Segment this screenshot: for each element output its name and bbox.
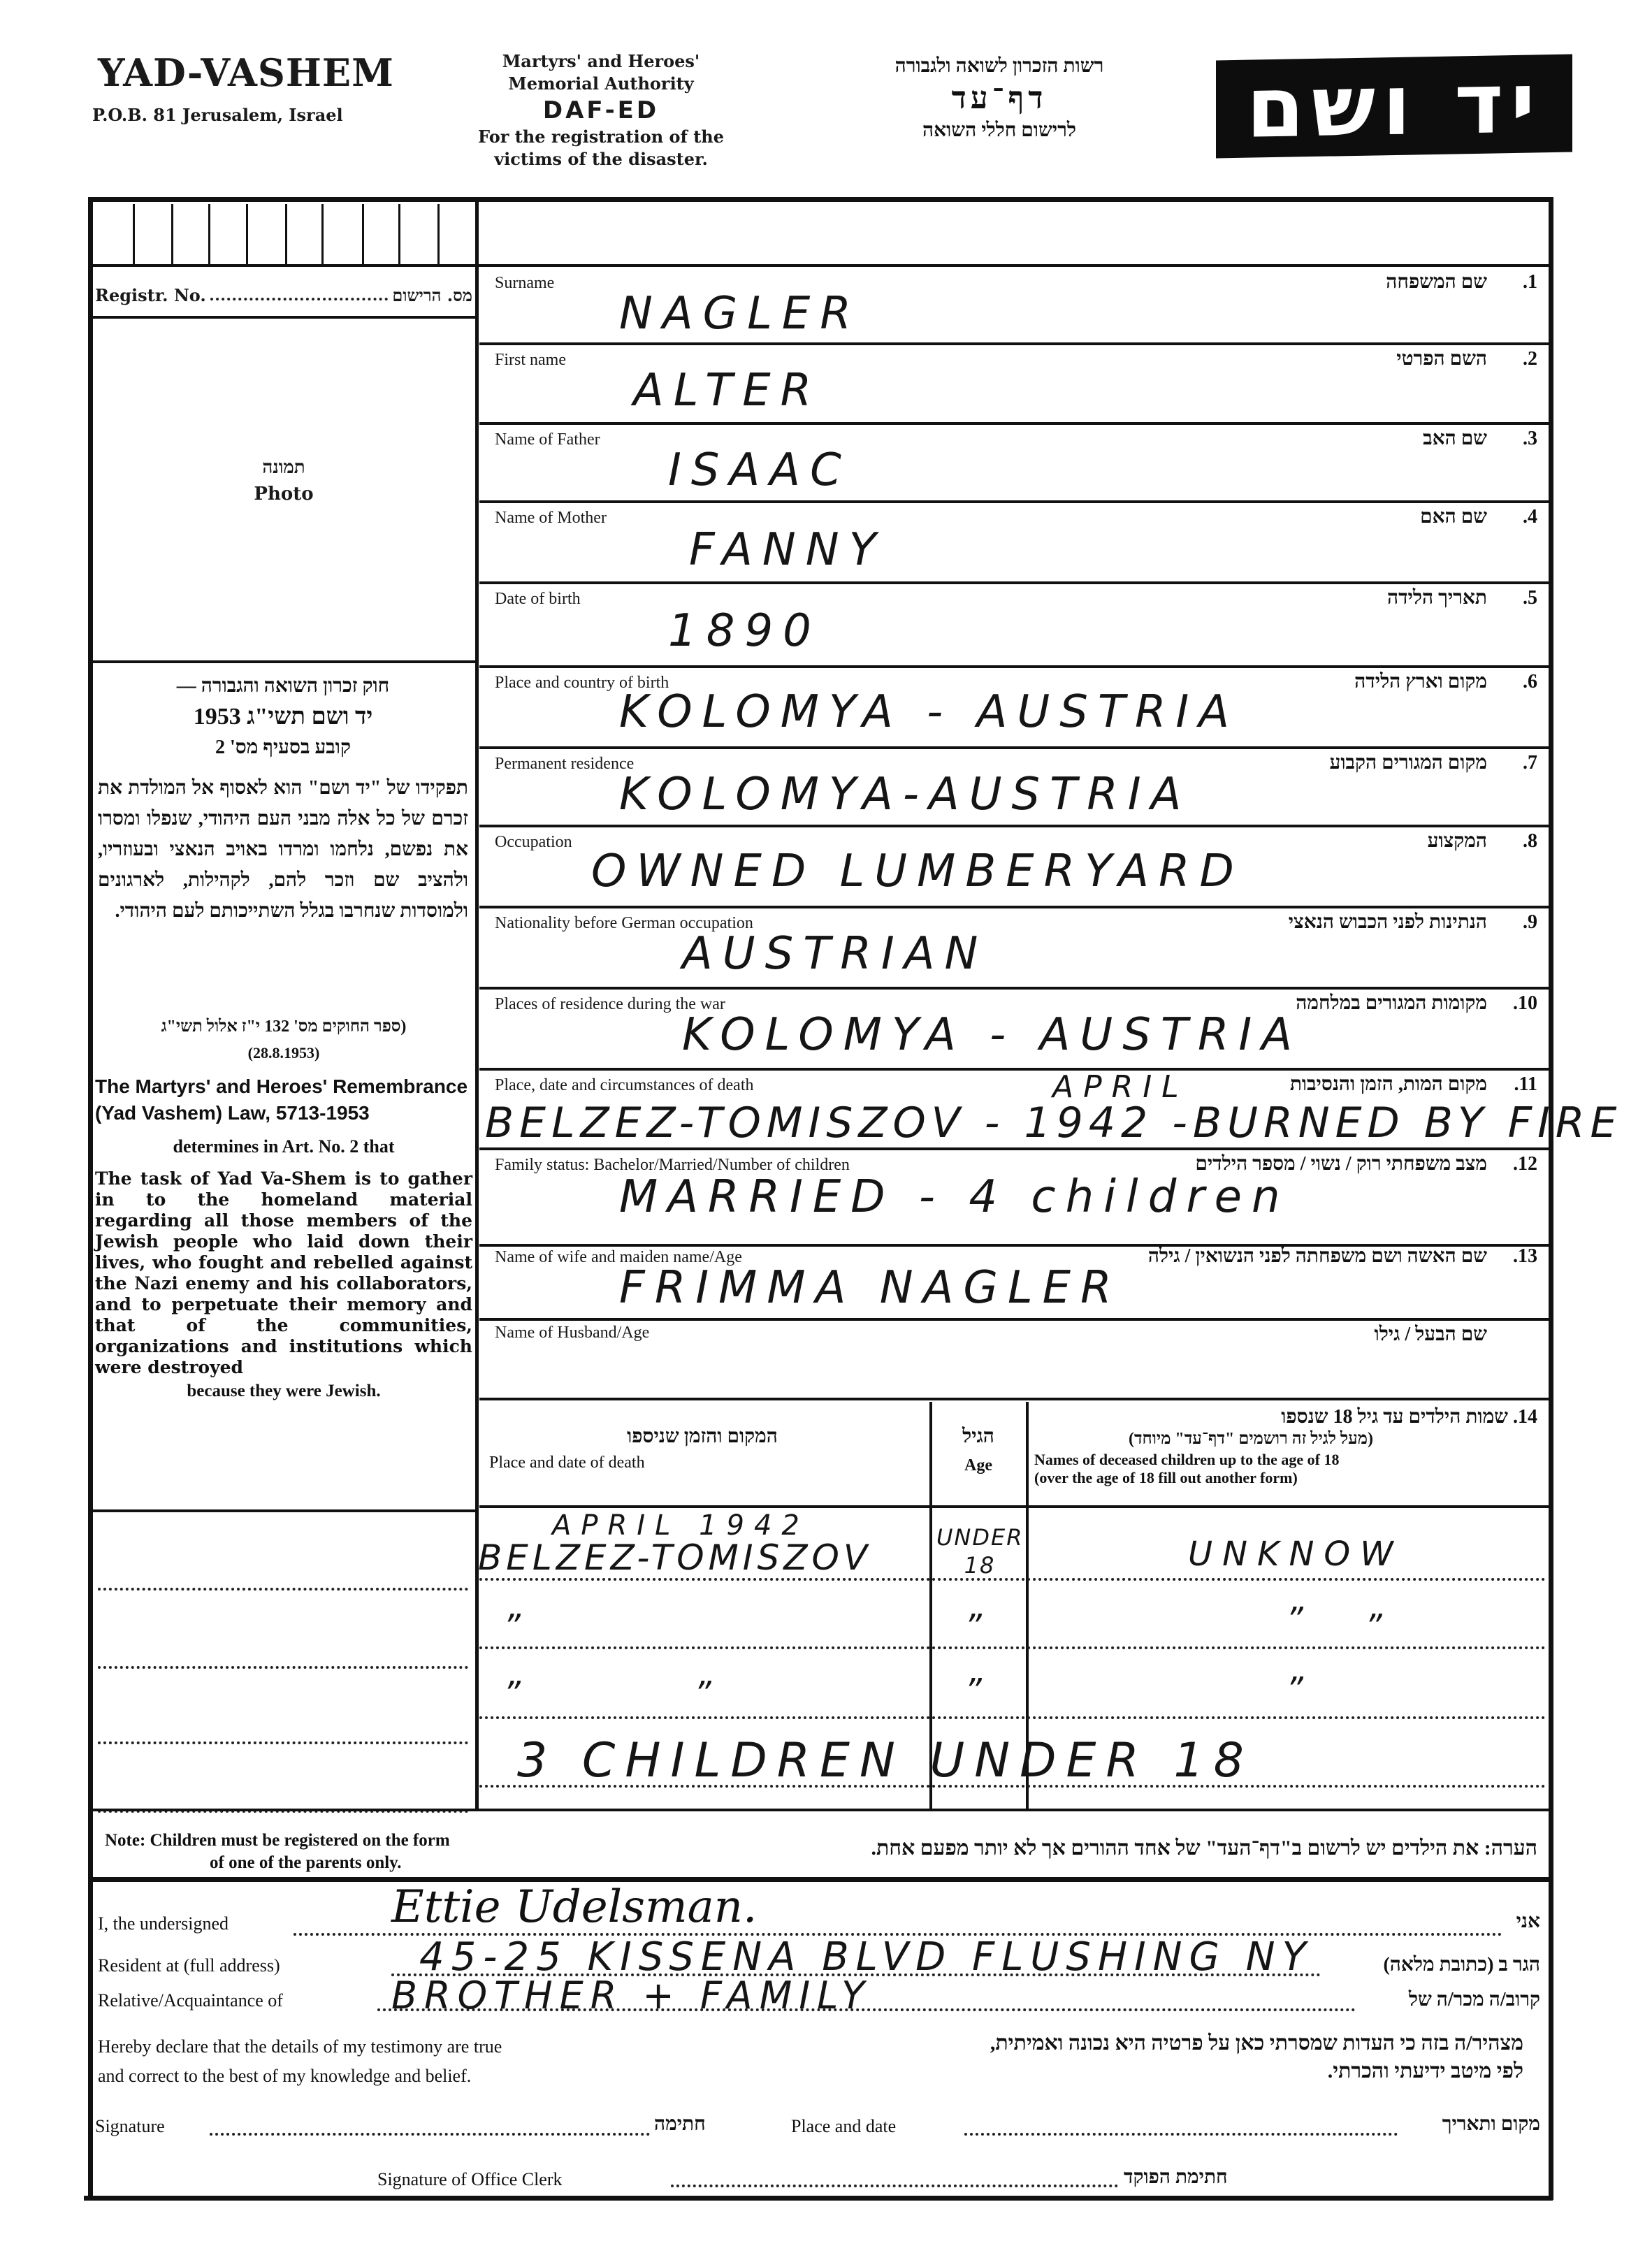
law-he-title3: קובע בסעיף מס' 2	[98, 732, 468, 763]
note-divider	[91, 1877, 1551, 1882]
declare-he-line1: מצהיר/ה בזה כי העדות שמסרתי כאן על פרטיה…	[769, 2029, 1523, 2057]
field-number: 5.	[1523, 587, 1537, 609]
field-label: Place, date and circumstances of death	[495, 1076, 754, 1095]
field-value: KOLOMYA - AUSTRIA	[682, 1009, 1302, 1061]
clerk-line[interactable]	[671, 2185, 1118, 2187]
undersigned-value: Ettie Udelsman.	[391, 1881, 757, 1933]
field-row[interactable]: Surname שם המשפחה 1. NAGLER	[479, 271, 1547, 347]
child-name: UNKNOW	[1188, 1535, 1403, 1574]
field-row[interactable]: Name of wife and maiden name/Age שם האשה…	[479, 1248, 1547, 1324]
field-number: 7.	[1523, 752, 1537, 774]
clerk-label: Signature of Office Clerk	[377, 2169, 563, 2190]
clerk-label-he: חתימת הפוקד	[1124, 2166, 1228, 2189]
field-row[interactable]: Occupation המקצוע 8. OWNED LUMBERYARD	[479, 830, 1547, 906]
field-number: 3.	[1523, 428, 1537, 450]
place-date-label: Place and date	[791, 2116, 896, 2137]
left-child-line-3	[98, 1741, 468, 1744]
child-name: ”	[1286, 1600, 1313, 1639]
field-label-he: המקצוע	[1428, 830, 1487, 853]
yad-vashem-logo: יד ושם	[1216, 55, 1572, 159]
registr-label-he: מס. הרישום	[392, 285, 472, 306]
field-value: FANNY	[689, 524, 886, 576]
frame-bottom	[84, 2196, 1553, 2201]
law-text-english: (ספר החוקים מס' 132 י"ז אלול תשי"ג (28.8…	[95, 1013, 472, 1405]
field-label: Surname	[495, 274, 554, 293]
photo-area[interactable]: תמונה Photo	[95, 454, 472, 507]
field-number: 6.	[1523, 671, 1537, 693]
note-en-line1: Note: Children must be registered on the…	[105, 1830, 450, 1852]
note-hebrew: הערה: את הילדים יש לרשום ב"דף־העד" של אח…	[629, 1837, 1537, 1860]
declaration-english: Hereby declare that the details of my te…	[98, 2032, 502, 2091]
field-label-he: השם הפרטי	[1396, 348, 1487, 370]
field-number: 9.	[1523, 911, 1537, 934]
reg-divider	[91, 316, 477, 319]
field-row[interactable]: Name of Father שם האב 3. ISAAC	[479, 428, 1547, 503]
field-label-he: שם האב	[1423, 428, 1487, 450]
field-value: ALTER	[633, 365, 821, 416]
field-number: 1.	[1523, 271, 1537, 294]
field-value: NAGLER	[619, 288, 861, 340]
field-number: 11.	[1514, 1073, 1537, 1096]
field-row[interactable]: Place and country of birth מקום וארץ הלי…	[479, 671, 1547, 746]
frame-right	[1549, 197, 1553, 2200]
field-value: KOLOMYA - AUSTRIA	[619, 686, 1239, 738]
field-value: OWNED LUMBERYARD	[591, 846, 1244, 897]
field-row[interactable]: Nationality before German occupation הנת…	[479, 911, 1547, 987]
purpose-line1: For the registration of the	[433, 126, 769, 148]
form-header-center: Martyrs' and Heroes' Memorial Authority …	[433, 50, 769, 171]
heb-authority: רשות הזכרון לשואה ולגבורה	[804, 50, 1195, 82]
field-value: MARRIED - 4 children	[619, 1171, 1290, 1223]
law-en-determines: determines in Art. No. 2 that	[95, 1133, 472, 1160]
col-names-he-sub: (מעל לגיל זה רושמים "דף־עד" מיוחד)	[1034, 1430, 1468, 1449]
field-label-he: מקום המגורים הקבוע	[1330, 752, 1488, 774]
field-number: 2.	[1523, 348, 1537, 370]
relative-label-he: קרוב/ה מכר/ה של	[1409, 1989, 1540, 2011]
authority-line2: Memorial Authority	[433, 73, 769, 95]
field-label: First name	[495, 351, 566, 370]
field-value: AUSTRIAN	[682, 928, 987, 980]
field-label-he: שם האשה ושם משפחתה לפני הנשואין / גילה	[1148, 1245, 1487, 1268]
field-label-he: מקום המות, הזמן והנסיבות	[1290, 1073, 1487, 1096]
law-text-hebrew: חוק זכרון השואה והגבורה — יד ושם תשי"ג 1…	[98, 671, 468, 927]
declaration-hebrew: מצהיר/ה בזה כי העדות שמסרתי כאן על פרטיה…	[769, 2029, 1523, 2085]
signature-line[interactable]	[210, 2133, 650, 2136]
law-he-ref: (ספר החוקים מס' 132 י"ז אלול תשי"ג	[95, 1013, 472, 1040]
authority-line1: Martyrs' and Heroes'	[433, 50, 769, 73]
col-place-he: המקום והזמן שניספו	[489, 1426, 915, 1448]
photo-label: Photo	[95, 481, 472, 507]
purpose-line2: victims of the disaster.	[433, 148, 769, 171]
signature-label: Signature	[95, 2116, 165, 2137]
org-address: P.O.B. 81 Jerusalem, Israel	[92, 105, 343, 125]
resident-label-he: הגר ב (כתובת מלאה)	[1383, 1954, 1540, 1976]
org-title: YAD-VASHEM	[98, 50, 394, 95]
declare-en-line1: Hereby declare that the details of my te…	[98, 2032, 502, 2062]
law-he-title1: חוק זכרון השואה והגבורה —	[98, 671, 468, 702]
field-number: 4.	[1523, 506, 1537, 528]
col-names: Names of deceased children up to the age…	[1034, 1451, 1340, 1469]
field-label: Name of Husband/Age	[495, 1324, 649, 1342]
child-place: ” ”	[503, 1674, 922, 1714]
top-row-divider	[91, 264, 1551, 267]
field-value: BELZEZ-TOMISZOV - 1942 -BURNED BY FIRE	[485, 1099, 1622, 1147]
registration-number-row: Registr. No. מס. הרישום	[95, 285, 472, 306]
form-name: DAF-ED	[433, 99, 769, 122]
frame-left	[88, 197, 93, 2200]
field-row[interactable]: First name השם הפרטי 2. ALTER	[479, 348, 1547, 423]
field-row[interactable]: Places of residence during the war מקומו…	[479, 992, 1547, 1068]
col-names-sub: (over the age of 18 fill out another for…	[1034, 1469, 1298, 1487]
resident-label: Resident at (full address)	[98, 1955, 280, 1976]
registr-number-input[interactable]	[210, 285, 389, 300]
place-date-label-he: מקום ותאריך	[1442, 2113, 1540, 2136]
col-names-he-label: שמות הילדים עד גיל 18 שנספו	[1281, 1406, 1508, 1428]
photo-label-he: תמונה	[95, 454, 472, 481]
field-label-he: מקומות המגורים במלחמה	[1296, 992, 1487, 1015]
form-header-hebrew: רשות הזכרון לשואה ולגבורה דף־עד לרישום ח…	[804, 50, 1195, 147]
child-place: ” ”	[503, 1607, 922, 1646]
place-date-line[interactable]	[964, 2133, 1398, 2136]
field-row[interactable]: Family status: Bachelor/Married/Number o…	[479, 1153, 1547, 1229]
field-value: KOLOMYA-AUSTRIA	[619, 769, 1191, 820]
col-names-he: 14. שמות הילדים עד גיל 18 שנספו	[1034, 1406, 1537, 1428]
field-number: 13.	[1513, 1245, 1537, 1268]
children-summary: 3 CHILDREN UNDER 18	[517, 1733, 1254, 1788]
declare-en-line2: and correct to the best of my knowledge …	[98, 2062, 502, 2091]
note-en-line2: of one of the parents only.	[105, 1852, 450, 1874]
left-child-line-2	[98, 1666, 468, 1669]
field-label: Name of Father	[495, 430, 600, 449]
child-name: ”	[1286, 1670, 1313, 1709]
field-row[interactable]: Date of birth תאריך הלידה 5. 1890	[479, 587, 1547, 662]
undersigned-label-he: אני	[1516, 1911, 1540, 1933]
col-place: Place and date of death	[489, 1454, 645, 1472]
heb-form-name: דף־עד	[804, 82, 1195, 115]
field-row[interactable]: Name of Mother שם האם 4. FANNY	[479, 506, 1547, 581]
logo-text: יד ושם	[1216, 55, 1572, 159]
left-child-line-1	[98, 1588, 468, 1591]
law-he-title2: יד ושם תשי"ג 1953	[98, 702, 468, 732]
field-label-he: שם האם	[1420, 506, 1487, 528]
field-label: Name of Mother	[495, 509, 607, 528]
field-label: Occupation	[495, 833, 572, 852]
field-label: Permanent residence	[495, 755, 634, 774]
relative-label: Relative/Acquaintance of	[98, 1990, 283, 2011]
field-value: FRIMMA NAGLER	[619, 1262, 1122, 1314]
photo-divider	[91, 660, 477, 663]
note-english: Note: Children must be registered on the…	[105, 1830, 450, 1874]
child-age: ”	[964, 1672, 992, 1711]
field-label-he: הנתינות לפני הכבוש הנאצי	[1289, 911, 1487, 934]
law-date: (28.8.1953)	[95, 1040, 472, 1066]
child-place: BELZEZ-TOMISZOV	[478, 1537, 871, 1578]
field-label-he: מקום וארץ הלידה	[1354, 671, 1487, 693]
law-en-title: The Martyrs' and Heroes' Remembrance (Ya…	[95, 1073, 472, 1127]
table-bottom	[91, 1809, 1551, 1811]
law-en-body: The task of Yad Va-Shem is to gather in …	[95, 1168, 472, 1378]
col-age: Age	[936, 1456, 1020, 1475]
field-label: Date of birth	[495, 590, 581, 609]
child-age: ”	[964, 1607, 992, 1646]
field-label-he: שם הבעל / גילו	[1375, 1324, 1487, 1346]
col-age-he: הגיל	[936, 1426, 1020, 1448]
child-age: UNDER 18	[936, 1523, 1023, 1579]
field-number: 10.	[1513, 992, 1537, 1015]
field-value: ISAAC	[668, 444, 851, 496]
law-he-body: תפקידו של "יד ושם" הוא לאסוף אל המולדת א…	[98, 773, 468, 927]
field-row[interactable]: Place, date and circumstances of death מ…	[479, 1073, 1597, 1149]
section-number: 14.	[1513, 1406, 1537, 1428]
field-row[interactable]: Name of Husband/Age שם הבעל / גילו	[479, 1324, 1547, 1393]
registr-label: Registr. No.	[95, 285, 206, 306]
field-number: 8.	[1523, 830, 1537, 853]
field-number: 12.	[1513, 1153, 1537, 1175]
undersigned-label: I, the undersigned	[98, 1913, 229, 1934]
field-row[interactable]: Permanent residence מקום המגורים הקבוע 7…	[479, 752, 1547, 827]
signature-label-he: חתימה	[654, 2113, 706, 2136]
relative-value: BROTHER + FAMILY	[391, 1973, 871, 2018]
field-value: 1890	[668, 605, 821, 657]
frame-top	[91, 197, 1553, 202]
field-label-he: שם המשפחה	[1386, 271, 1487, 294]
law-divider	[91, 1509, 477, 1512]
heb-purpose: לרישום חללי השואה	[804, 115, 1195, 147]
law-en-last: because they were Jewish.	[95, 1378, 472, 1405]
field-label-he: תאריך הלידה	[1387, 587, 1487, 609]
declare-he-line2: לפי מיטב ידיעתי והכרתי.	[769, 2057, 1523, 2085]
